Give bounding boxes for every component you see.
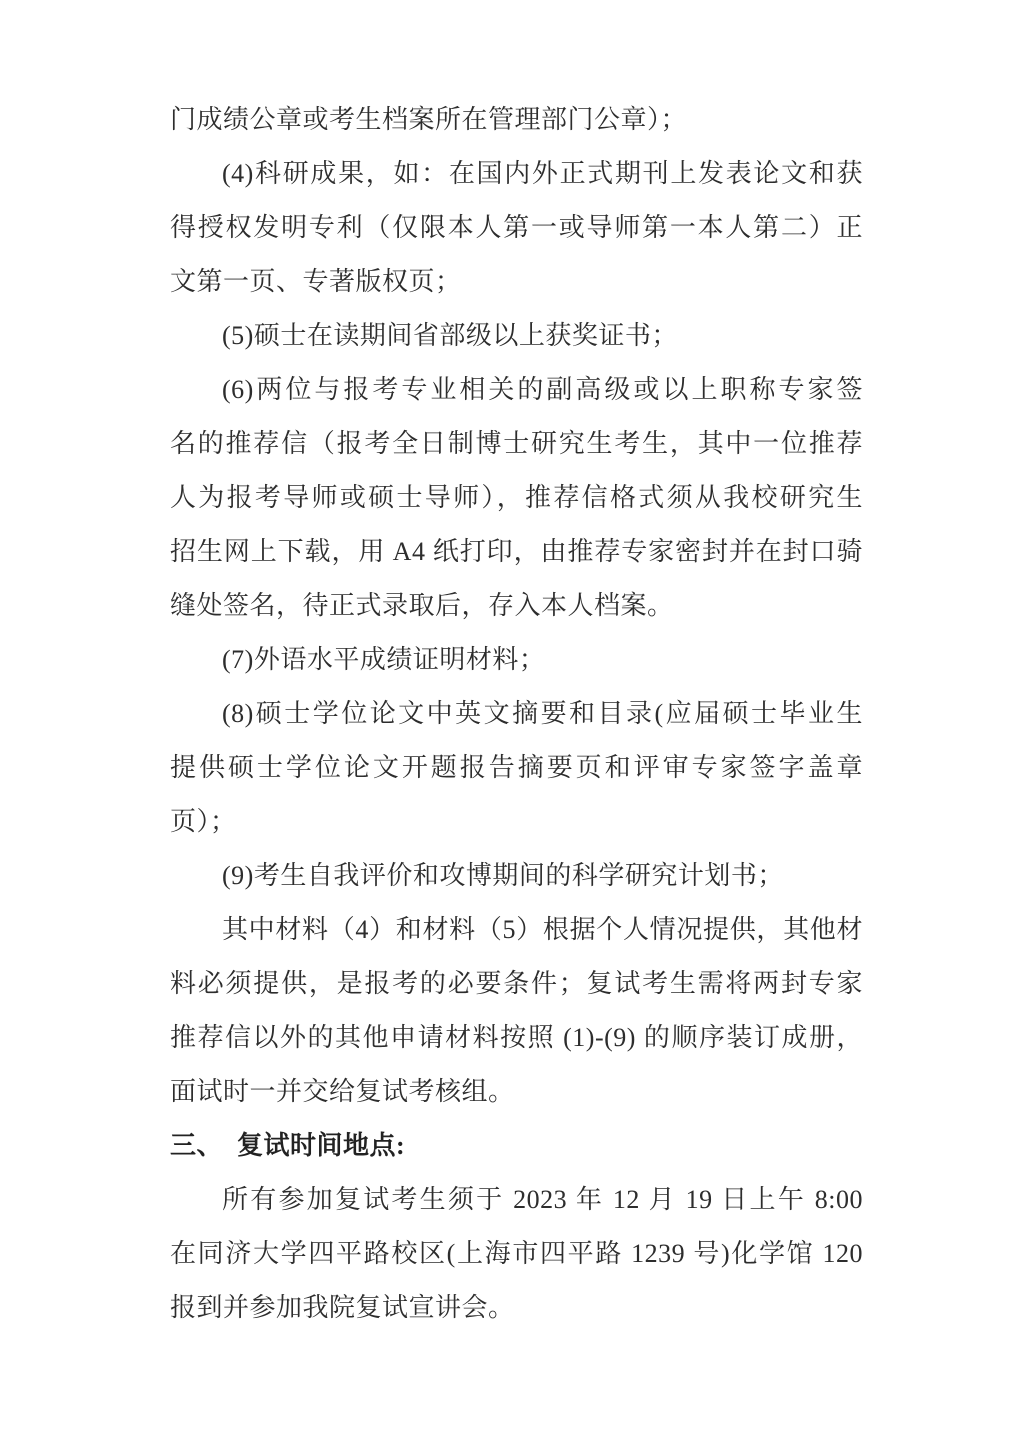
text-line: 页）； <box>170 795 863 849</box>
text-line: (7)外语水平成绩证明材料； <box>170 633 863 687</box>
text-line: 所有参加复试考生须于 2023 年 12 月 19 日上午 8:00 <box>170 1173 863 1227</box>
section-title: 复试时间地点: <box>237 1131 405 1160</box>
text-line: 门成绩公章或考生档案所在管理部门公章）； <box>170 93 863 147</box>
text-line: (8)硕士学位论文中英文摘要和目录(应届硕士毕业生 <box>170 687 863 741</box>
text-line: 在同济大学四平路校区(上海市四平路 1239 号)化学馆 120 <box>170 1227 863 1281</box>
text-line: 报到并参加我院复试宣讲会。 <box>170 1281 863 1335</box>
text-line: 料必须提供，是报考的必要条件；复试考生需将两封专家 <box>170 957 863 1011</box>
text-line: (4)科研成果，如：在国内外正式期刊上发表论文和获 <box>170 147 863 201</box>
text-line: 面试时一并交给复试考核组。 <box>170 1065 863 1119</box>
section-number: 三、 <box>170 1119 223 1173</box>
text-line: (9)考生自我评价和攻博期间的科学研究计划书； <box>170 849 863 903</box>
text-line: 其中材料（4）和材料（5）根据个人情况提供，其他材 <box>170 903 863 957</box>
text-line: 得授权发明专利（仅限本人第一或导师第一本人第二）正 <box>170 201 863 255</box>
text-line: 名的推荐信（报考全日制博士研究生考生，其中一位推荐 <box>170 417 863 471</box>
text-line: 提供硕士学位论文开题报告摘要页和评审专家签字盖章 <box>170 741 863 795</box>
text-line: (5)硕士在读期间省部级以上获奖证书； <box>170 309 863 363</box>
text-line: (6)两位与报考专业相关的副高级或以上职称专家签 <box>170 363 863 417</box>
document-page: 门成绩公章或考生档案所在管理部门公章）； (4)科研成果，如：在国内外正式期刊上… <box>0 0 1024 1448</box>
text-line: 人为报考导师或硕士导师），推荐信格式须从我校研究生 <box>170 471 863 525</box>
text-line: 缝处签名，待正式录取后，存入本人档案。 <box>170 579 863 633</box>
text-line: 推荐信以外的其他申请材料按照 (1)-(9) 的顺序装订成册， <box>170 1011 863 1065</box>
text-line: 文第一页、专著版权页； <box>170 255 863 309</box>
section-heading: 三、复试时间地点: <box>170 1119 863 1173</box>
text-line: 招生网上下载，用 A4 纸打印，由推荐专家密封并在封口骑 <box>170 525 863 579</box>
